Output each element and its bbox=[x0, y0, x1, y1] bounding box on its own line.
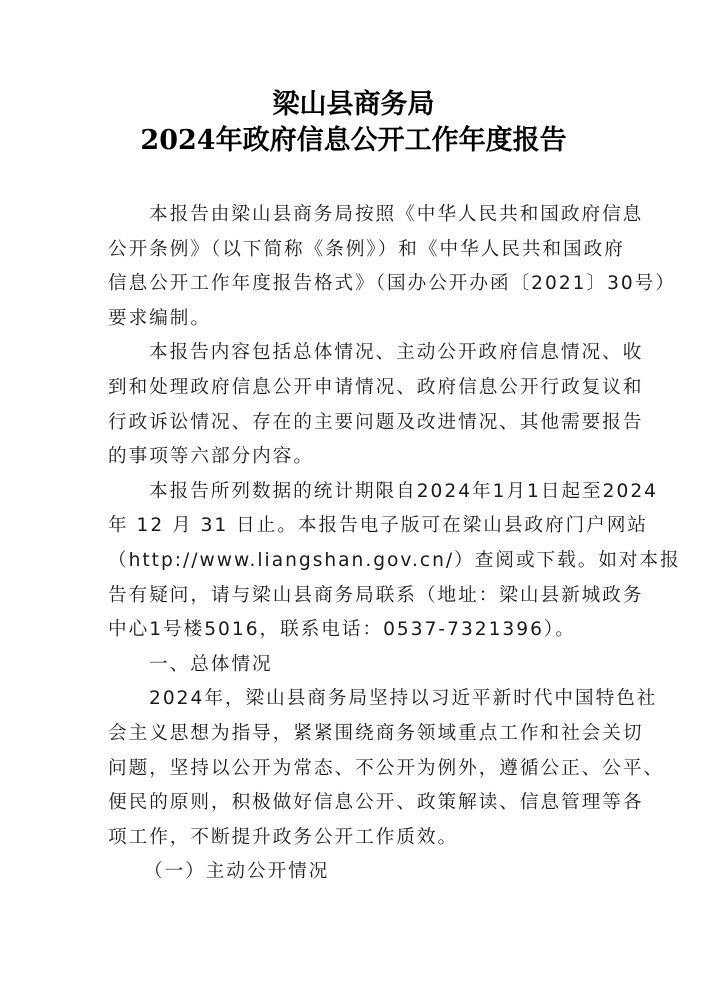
text-line: 项工作，不断提升政务公开工作质效。 bbox=[108, 821, 604, 856]
text-line: 本报告所列数据的统计期限自2024年1月1日起至2024 bbox=[108, 475, 604, 510]
paragraph-contents: 本报告内容包括总体情况、主动公开政府信息情况、收 到和处理政府信息公开申请情况、… bbox=[108, 336, 604, 474]
text-line: 行政诉讼情况、存在的主要问题及改进情况、其他需要报告 bbox=[108, 406, 604, 441]
section-heading-overall: 一、总体情况 bbox=[108, 648, 604, 683]
text-line: 公开条例》（以下简称《条例》）和《中华人民共和国政府 bbox=[108, 233, 604, 268]
text-line: 告有疑问，请与梁山县商务局联系（地址：梁山县新城政务 bbox=[108, 579, 604, 614]
text-line: 要求编制。 bbox=[108, 302, 604, 337]
text-line: 年 12 月 31 日止。本报告电子版可在梁山县政府门户网站 bbox=[108, 509, 604, 544]
document-title-organization: 梁山县商务局 bbox=[0, 88, 707, 122]
document-page: 梁山县商务局 2024年政府信息公开工作年度报告 本报告由梁山县商务局按照《中华… bbox=[0, 0, 707, 999]
text-line: 会主义思想为指导，紧紧围绕商务领域重点工作和社会关切 bbox=[108, 717, 604, 752]
website-link-line: （http://www.liangshan.gov.cn/）查阅或下载。如对本报 bbox=[108, 544, 604, 579]
text-line: 问题，坚持以公开为常态、不公开为例外，遵循公正、公平、 bbox=[108, 752, 604, 787]
contact-info-line: 中心1号楼5016，联系电话：0537-7321396）。 bbox=[108, 613, 604, 648]
text-line: 本报告内容包括总体情况、主动公开政府信息情况、收 bbox=[108, 336, 604, 371]
document-title-report: 2024年政府信息公开工作年度报告 bbox=[0, 124, 707, 158]
text-line: 2024年，梁山县商务局坚持以习近平新时代中国特色社 bbox=[108, 682, 604, 717]
text-line: 便民的原则，积极做好信息公开、政策解读、信息管理等各 bbox=[108, 786, 604, 821]
document-body: 本报告由梁山县商务局按照《中华人民共和国政府信息 公开条例》（以下简称《条例》）… bbox=[108, 198, 604, 890]
text-line: 的事项等六部分内容。 bbox=[108, 440, 604, 475]
paragraph-statistics-period: 本报告所列数据的统计期限自2024年1月1日起至2024 年 12 月 31 日… bbox=[108, 475, 604, 648]
subsection-heading-proactive-disclosure: （一）主动公开情况 bbox=[108, 855, 604, 890]
paragraph-overall-situation: 2024年，梁山县商务局坚持以习近平新时代中国特色社 会主义思想为指导，紧紧围绕… bbox=[108, 682, 604, 855]
text-line: 信息公开工作年度报告格式》（国办公开办函〔2021〕30号） bbox=[108, 267, 604, 302]
text-line: 本报告由梁山县商务局按照《中华人民共和国政府信息 bbox=[108, 198, 604, 233]
paragraph-basis: 本报告由梁山县商务局按照《中华人民共和国政府信息 公开条例》（以下简称《条例》）… bbox=[108, 198, 604, 336]
text-line: 到和处理政府信息公开申请情况、政府信息公开行政复议和 bbox=[108, 371, 604, 406]
